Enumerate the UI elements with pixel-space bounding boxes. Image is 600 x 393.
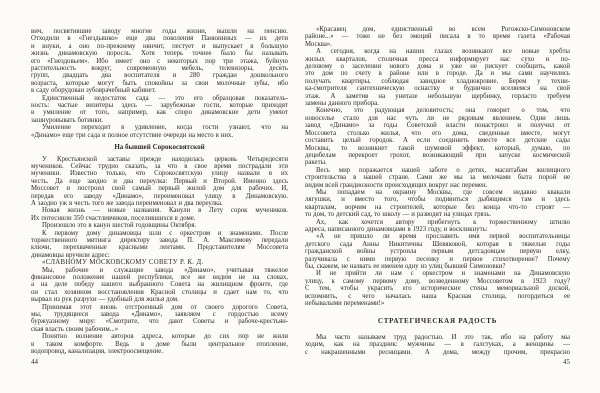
text-line: получать квартиры, соблюдая завидное хла… <box>305 78 570 85</box>
text-line: жилых кварталов, столичная пресса информ… <box>305 56 570 63</box>
text-line: ность: частые визитеры здесь — зарубежны… <box>31 102 288 109</box>
text-line: это дом по счету в районе или в городе. … <box>305 70 570 77</box>
text-line: «Динамо» еще три сада и полное отсутстви… <box>31 132 288 139</box>
text-line: Моссовет и построил свой самый первый жи… <box>31 185 288 192</box>
text-line: Мы, рабочие и служащие завода «Динамо», … <box>31 267 288 274</box>
text-line: районе...» — тоже не без эмоций писала в… <box>305 33 570 40</box>
text-line: Мы попадаем на окраину Москвы, где совсе… <box>305 189 570 196</box>
text-line: Конечно, это радующая деловитость; она г… <box>305 107 570 114</box>
text-line: ская власть своим рабочим...» <box>31 326 288 333</box>
text-line: в саду оборудован зубоврачебный кабинет. <box>31 87 288 94</box>
text-line: Моссовета столько жилья, что его дома, с… <box>305 130 570 137</box>
text-line: ключи, перехваченные красными лентами. П… <box>31 244 288 251</box>
text-line: ракеты. <box>305 159 570 166</box>
page-left: вич, посвятившие заводу многие годы жизн… <box>31 0 288 393</box>
text-line: У Крестьянской заставы прежде находилась… <box>31 156 288 163</box>
text-line: в таком комфорте. Ведь в доме были центр… <box>31 341 288 348</box>
text-line: Понятно волнение авторов адреса, которые… <box>31 333 288 340</box>
paragraph: «А не пришло ли время прославить имя пер… <box>305 233 570 270</box>
text-line: К первому дому динамовцы шли с оркестром… <box>31 230 288 237</box>
paragraph: К первому дому динамовцы шли с оркестром… <box>31 230 288 260</box>
text-line: растительность вокруг, современную мебел… <box>31 65 288 72</box>
paragraph: Мы, рабочие и служащие завода «Динамо», … <box>31 267 288 304</box>
text-line: «Красавец дом, единственный во всем Рого… <box>305 26 570 33</box>
text-line: честь. Да еще заодно и два переулка: Пер… <box>31 178 288 185</box>
page-right: «Красавец дом, единственный во всем Рого… <box>305 0 570 393</box>
text-line: С тем, чтобы украсить его исторические с… <box>305 285 570 292</box>
text-line: деловому о заселении нового дома и уже н… <box>305 63 570 70</box>
paragraph: Понятно волнение авторов адреса, которые… <box>31 333 288 355</box>
text-line: его «Гнездовьем». Ибо имеет оно с некото… <box>31 58 288 65</box>
book-spread: вич, посвятившие заводу многие годы жизн… <box>0 0 600 393</box>
text-line: замены данного прибора. <box>305 100 570 107</box>
text-line: детского сада Анны Никитичны Шевяковой, … <box>305 241 570 248</box>
text-line: а на деле победу нашего выбранного Совет… <box>31 281 288 288</box>
text-line: он стал хозяином восстановления Красной … <box>31 289 288 296</box>
paragraph: Новая жизнь — новые названия. Канули в Л… <box>31 207 288 222</box>
text-line: кварталам, ворчим на строителей, которые… <box>305 204 570 211</box>
paragraph: И не прийти ли нам с оркестром и знамена… <box>305 270 570 307</box>
text-line: с накрашенными ресницами. А дома, между … <box>305 349 570 356</box>
paragraph: А сегодня, когда на наших глазах возника… <box>305 48 570 107</box>
section-heading: На бывшей Сорокосвятской <box>31 144 288 151</box>
text-line: Весь мир поражается нашей заботе о детях… <box>305 167 570 174</box>
text-line: И не прийти ли нам с оркестром и знамена… <box>305 270 570 277</box>
text-line: передав его заводу «Динамо», переименова… <box>31 193 288 200</box>
text-line: то дом, то детский сад, то школу — и раз… <box>305 211 570 218</box>
text-line: и внуки, а оно по-прежнему нянчит, песту… <box>31 43 288 50</box>
text-line: Их потеснили 350 счастливчиков, поселивш… <box>31 215 288 222</box>
paragraph: вич, посвятившие заводу многие годы жизн… <box>31 28 288 95</box>
text-line: Москва». <box>305 41 570 48</box>
text-line: Единственный недостаток сада — это его о… <box>31 95 288 102</box>
text-line: Новая жизнь — новые названия. Канули в Л… <box>31 207 288 214</box>
text-line: мученики. Известно только, что Сорокосвя… <box>31 170 288 177</box>
paragraph: Конечно, это радующая деловитость; она г… <box>305 107 570 166</box>
paragraph: У Крестьянской заставы прежде находилась… <box>31 156 288 208</box>
text-line: жизнь динамовскую поросль. Хотя теперь т… <box>31 50 288 57</box>
text-line: торжественного митинга директору завода … <box>31 237 288 244</box>
text-line: Ах, как хочется автору прибегнуть к торж… <box>305 219 570 226</box>
text-line: децибелам перекроет грохот, возникающий … <box>305 152 570 159</box>
text-line: Отходили в «Гнездышко» еще два поколения… <box>31 35 288 42</box>
paragraph: Мы часто называем труд радостью. И это т… <box>305 334 570 356</box>
text-line: финансовое положение нашей республики, в… <box>31 274 288 281</box>
text-line: зашнуровывать ботинки. <box>31 117 288 124</box>
paragraph: Мы попадаем на окраину Москвы, где совсе… <box>305 189 570 219</box>
text-line: Мы часто называем труд радостью. И это т… <box>305 334 570 341</box>
text-line: Произошло это в канун шестой годовщины О… <box>31 222 288 229</box>
text-line: бы, скажем, не назвать ее именем одну из… <box>305 263 570 270</box>
text-line: «СЛАВНОМУ МОСКОВСКОМУ СОВЕТУ Р. К. Д. <box>31 259 288 266</box>
text-line: разучивала с ними первую песенку и перво… <box>305 256 570 263</box>
paragraph: Принимая этот вновь отстроенный дом от с… <box>31 304 288 334</box>
text-line: вспомнить, с чего началась наша Красная … <box>305 293 570 300</box>
paragraph: «СЛАВНОМУ МОСКОВСКОМУ СОВЕТУ Р. К. Д. <box>31 259 288 266</box>
text-line: буржуазному миру: «Смотрите, что дают Со… <box>31 318 288 325</box>
paragraph: Умиление переходит в удивление, когда го… <box>31 124 288 139</box>
text-line: возраста, которые могут быть спокойны за… <box>31 80 288 87</box>
page-right-text-column: «Красавец дом, единственный во всем Рого… <box>305 26 570 356</box>
text-line: завод «Динамо» за годы Советской власти … <box>305 122 570 129</box>
text-line: этаж. А заметив на унитазе небольшую щер… <box>305 93 570 100</box>
paragraph: Весь мир поражается нашей заботе о детях… <box>305 167 570 189</box>
text-line: лягушки, и вместо того, чтобы подивиться… <box>305 196 570 203</box>
paragraph: Ах, как хочется автору прибегнуть к торж… <box>305 219 570 234</box>
text-line: вырвал из рук разрухи — удобный для жиль… <box>31 296 288 303</box>
text-line: составить целый городок. А если соединит… <box>305 137 570 144</box>
page-number-right: 45 <box>563 358 570 366</box>
text-line: водопровод, канализация, электроосвещени… <box>31 348 288 355</box>
page-left-text-column: вич, посвятившие заводу многие годы жизн… <box>31 28 288 355</box>
text-line: Москвы, то возникнет такой шумовой эффек… <box>305 145 570 152</box>
text-line: ходим, как на праздник: мужчины — в галс… <box>305 341 570 348</box>
text-line: ка-смотрителя сантехническую оснастку и … <box>305 85 570 92</box>
text-line: адреса, написанного динамовцами в 1923 г… <box>305 226 570 233</box>
text-line: Умиление переходит в удивление, когда го… <box>31 124 288 131</box>
page-number-left: 44 <box>31 358 38 366</box>
text-line: видим всей грандиозности происходящих во… <box>305 182 570 189</box>
text-line: строительства в нашей стране. Сами же мы… <box>305 174 570 181</box>
section-heading: СТРАТЕГИЧЕСКАЯ РАДОСТЬ <box>305 318 570 325</box>
text-line: Принимая этот вновь отстроенный дом от с… <box>31 304 288 311</box>
paragraph: Произошло это в канун шестой годовщины О… <box>31 222 288 229</box>
text-line: в умиление от того, например, как споро … <box>31 109 288 116</box>
text-line: «А не пришло ли время прославить имя пер… <box>305 233 570 240</box>
text-line: динамовцы вручили адрес: <box>31 252 288 259</box>
paragraph: Единственный недостаток сада — это его о… <box>31 95 288 125</box>
text-line: небывалыми переменами!» <box>305 300 570 307</box>
text-line: вич, посвятившие заводу многие годы жизн… <box>31 28 288 35</box>
paragraph: «Красавец дом, единственный во всем Рого… <box>305 26 570 48</box>
text-line: мучеников. Сейчас трудно сказать, за что… <box>31 163 288 170</box>
text-line: групп, двадцать два воспитателя и 280 гр… <box>31 72 288 79</box>
text-line: мы, трудящиеся завода «Динамо», заявляем… <box>31 311 288 318</box>
text-line: А заодно уж в честь того же завода переи… <box>31 200 288 207</box>
text-line: улицу, к самому первому дому, возведенно… <box>305 278 570 285</box>
text-line: новоселье стало для нас чуть ли не рядов… <box>305 115 570 122</box>
text-line: А сегодня, когда на наших глазах возника… <box>305 48 570 55</box>
text-line: гражданской войны устроила первым детсад… <box>305 248 570 255</box>
